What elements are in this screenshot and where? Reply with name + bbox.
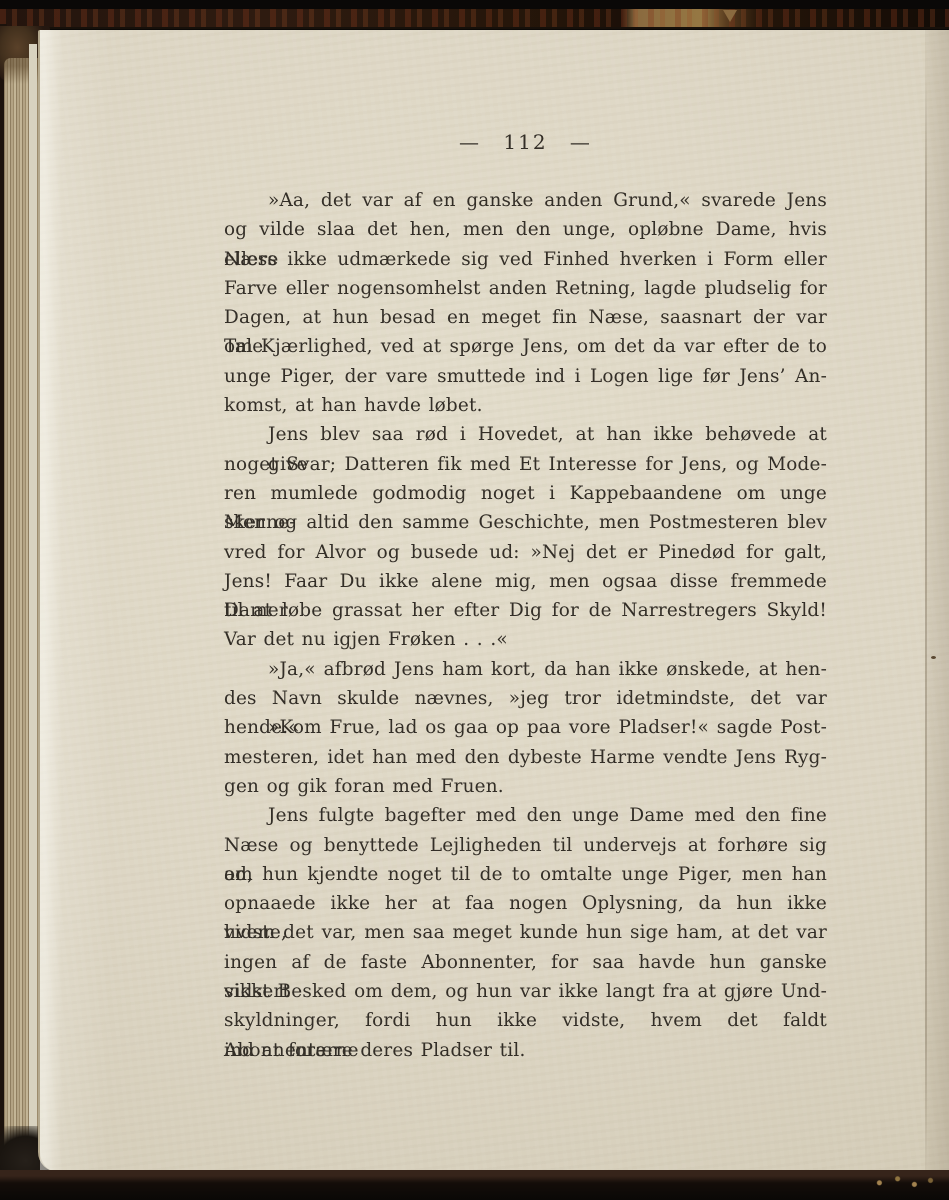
text-line: sker og altid den samme Geschichte, men …: [224, 508, 827, 537]
text-line: og vilde slaa det hen, men den unge, opl…: [224, 215, 827, 244]
text-line: Jens fulgte bagefter med den unge Dame m…: [224, 801, 827, 830]
text-line: vred for Alvor og busede ud: »Nej det er…: [224, 538, 827, 567]
text-line: ren mumlede godmodig noget i Kappebaande…: [224, 479, 827, 508]
scanned-book-page: — 112 — »Aa, det var af en ganske anden …: [0, 0, 949, 1200]
cover-notch: [723, 10, 737, 22]
text-line: om hun kjendte noget til de to omtalte u…: [224, 860, 827, 889]
book-top-edge: [0, 0, 949, 31]
text-line: ellers ikke udmærkede sig ved Finhed hve…: [224, 245, 827, 274]
text-line: Jens blev saa rød i Hovedet, at han ikke…: [224, 420, 827, 449]
page-fold-line: [925, 76, 927, 1172]
text-line: gen og gik foran med Fruen.: [224, 772, 827, 801]
text-line: ingen af de faste Abonnenter, for saa ha…: [224, 948, 827, 977]
page-corner-specks: [871, 1174, 941, 1190]
page-number: — 112 —: [224, 130, 827, 154]
text-line: mesteren, idet han med den dybeste Harme…: [224, 743, 827, 772]
text-line: Dagen, at hun besad en meget fin Næse, s…: [224, 303, 827, 332]
text-line: noget Svar; Datteren fik med Et Interess…: [224, 450, 827, 479]
text-line: »Aa, det var af en ganske anden Grund,« …: [224, 186, 827, 215]
ink-speck: [931, 656, 936, 659]
book-bottom-edge: [0, 1170, 949, 1200]
previous-page-edge: [29, 44, 37, 1170]
page-right-shade: [925, 30, 949, 1172]
text-line: des Navn skulde nævnes, »jeg tror idetmi…: [224, 684, 827, 713]
text-line: hvem det var, men saa meget kunde hun si…: [224, 918, 827, 947]
text-line: »Ja,« afbrød Jens ham kort, da han ikke …: [224, 655, 827, 684]
text-line: til at løbe grassat her efter Dig for de…: [224, 596, 827, 625]
text-line: unge Piger, der vare smuttede ind i Loge…: [224, 362, 827, 391]
text-line: opnaaede ikke her at faa nogen Oplysning…: [224, 889, 827, 918]
text-line: »Kom Frue, lad os gaa op paa vore Pladse…: [224, 713, 827, 742]
text-column: »Aa, det var af en ganske anden Grund,« …: [224, 186, 827, 1065]
text-line: vidst Besked om dem, og hun var ikke lan…: [224, 977, 827, 1006]
book-cover-strip: [0, 9, 949, 29]
text-line: Var det nu igjen Frøken . . .«: [224, 625, 827, 654]
text-line: komst, at han havde løbet.: [224, 391, 827, 420]
text-line: om Kjærlighed, ved at spørge Jens, om de…: [224, 332, 827, 361]
text-line: Jens! Faar Du ikke alene mig, men ogsaa …: [224, 567, 827, 596]
text-line: ind at forære deres Pladser til.: [224, 1036, 827, 1065]
page-left-highlight: [40, 30, 110, 1172]
text-line: skyldninger, fordi hun ikke vidste, hvem…: [224, 1006, 827, 1035]
book-page: — 112 — »Aa, det var af en ganske anden …: [38, 30, 949, 1172]
text-line: Næse og benyttede Lejligheden til underv…: [224, 831, 827, 860]
text-line: Farve eller nogensomhelst anden Retning,…: [224, 274, 827, 303]
